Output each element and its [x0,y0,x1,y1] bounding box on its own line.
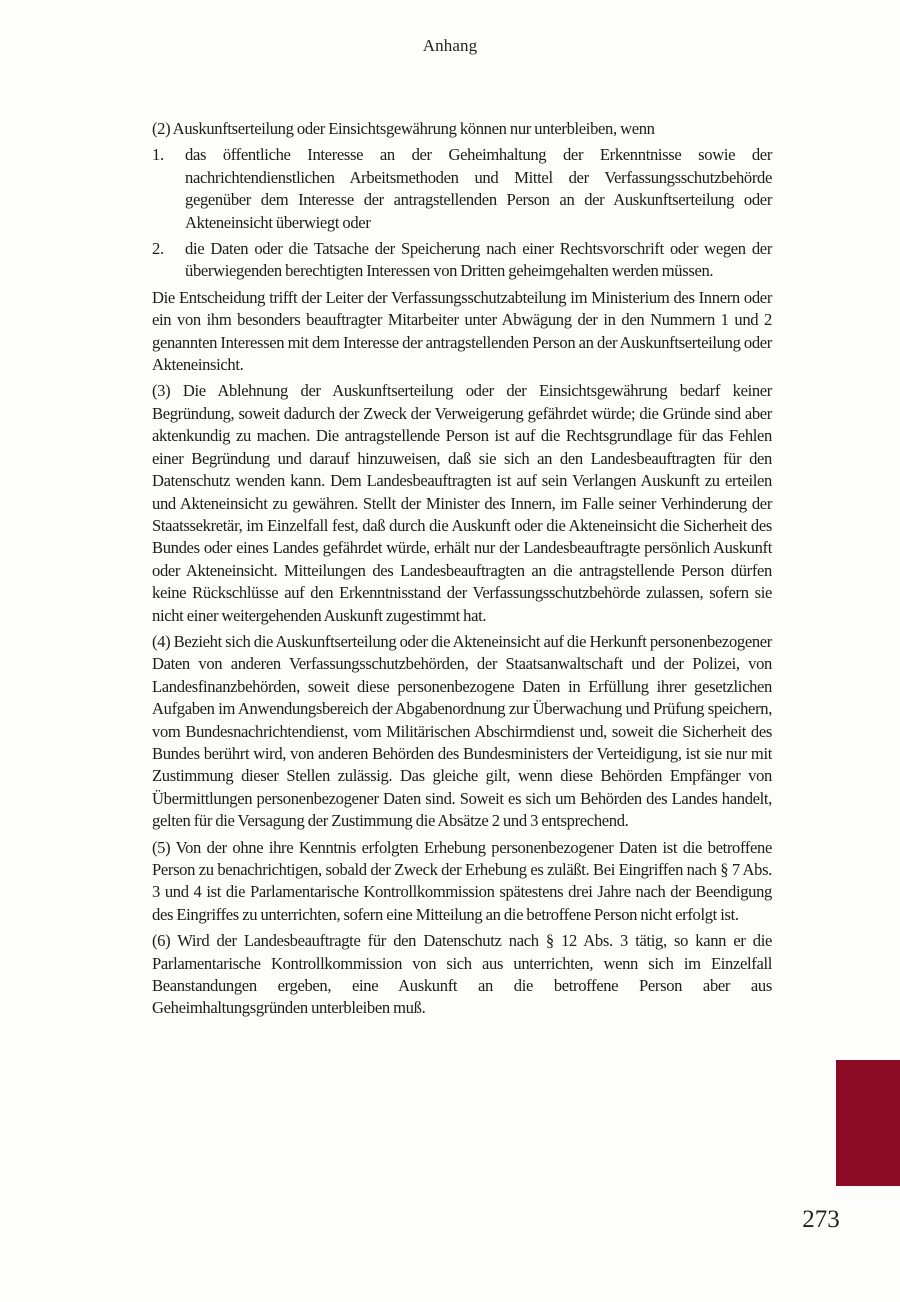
list-number: 1. [152,144,185,234]
paragraph-4: (4) Bezieht sich die Auskunftserteilung … [152,631,772,833]
page-number: 273 [796,1206,846,1234]
paragraph-5: (5) Von der ohne ihre Kenntnis erfolgten… [152,837,772,927]
numbered-list: 1. das öffentliche Interesse an der Gehe… [152,144,772,282]
paragraph-6: (6) Wird der Landesbeauftragte für den D… [152,930,772,1020]
paragraph-3: (3) Die Ablehnung der Auskunftserteilung… [152,380,772,626]
text-column: (2) Auskunftserteilung oder Einsichtsgew… [152,118,772,1024]
paragraph-2-decision: Die Entscheidung trifft der Leiter der V… [152,287,772,377]
list-number: 2. [152,238,185,283]
list-item: 1. das öffentliche Interesse an der Gehe… [152,144,772,234]
list-text: das öffentliche Interesse an der Geheimh… [185,144,772,234]
section-thumb-tab [836,1060,900,1186]
paragraph-2-intro: (2) Auskunftserteilung oder Einsichtsgew… [152,118,772,140]
list-text: die Daten oder die Tatsache der Speicher… [185,238,772,283]
running-head: Anhang [0,36,900,56]
list-item: 2. die Daten oder die Tatsache der Speic… [152,238,772,283]
